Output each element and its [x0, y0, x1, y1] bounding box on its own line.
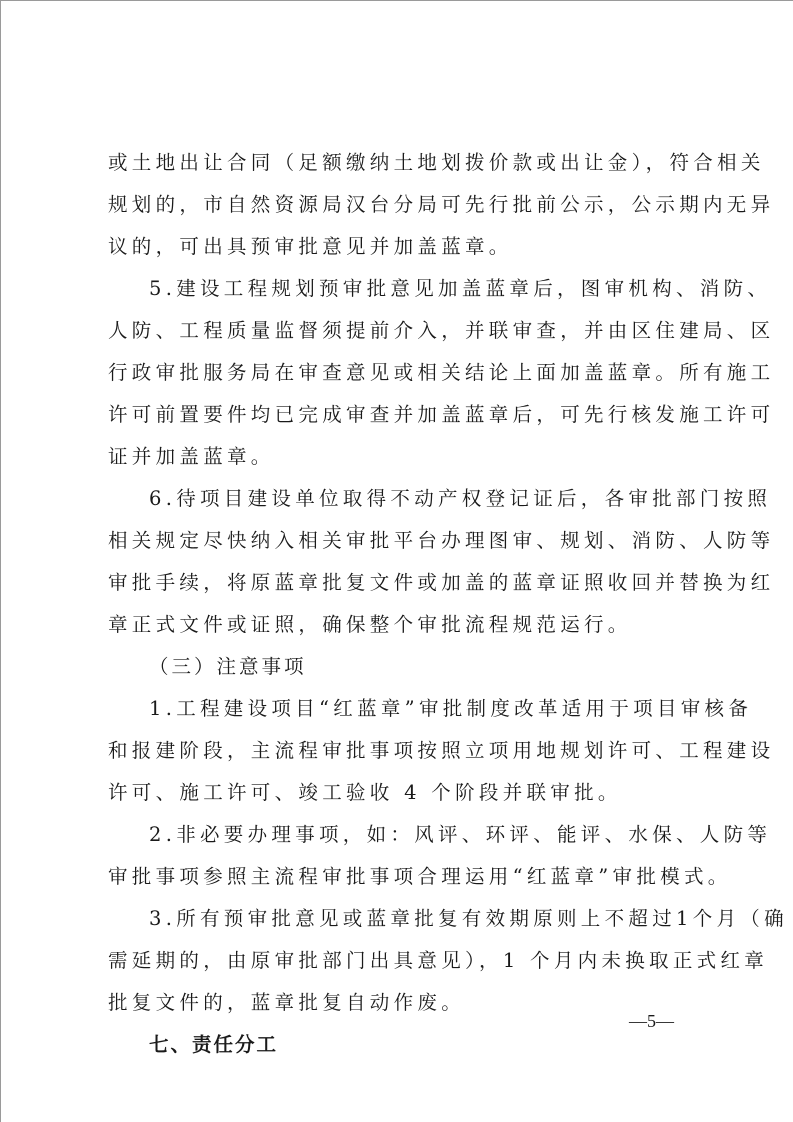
paragraph-line: 批复文件的，蓝章批复自动作废。	[108, 991, 688, 1015]
paragraph-line: 1.工程建设项目“红蓝章”审批制度改革适用于项目审核备	[149, 697, 729, 721]
paragraph-line: 证并加盖蓝章。	[108, 445, 688, 469]
paragraph-line: 相关规定尽快纳入相关审批平台办理图审、规划、消防、人防等	[108, 529, 688, 553]
paragraph-line: 章正式文件或证照，确保整个审批流程规范运行。	[108, 613, 688, 637]
paragraph-line: 和报建阶段，主流程审批事项按照立项用地规划许可、工程建设	[108, 739, 688, 763]
paragraph-line: 规划的，市自然资源局汉台分局可先行批前公示，公示期内无异	[108, 193, 688, 217]
section-subheading: （三）注意事项	[149, 655, 729, 679]
paragraph-line: 人防、工程质量监督须提前介入，并联审查，并由区住建局、区	[108, 319, 688, 343]
paragraph-line: 或土地出让合同（足额缴纳土地划拨价款或出让金），符合相关	[108, 151, 688, 175]
paragraph-line: 6.待项目建设单位取得不动产权登记证后，各审批部门按照	[149, 487, 729, 511]
paragraph-line: 议的，可出具预审批意见并加盖蓝章。	[108, 235, 688, 259]
paragraph-line: 审批事项参照主流程审批事项合理运用“红蓝章”审批模式。	[108, 865, 688, 889]
paragraph-line: 2.非必要办理事项，如：风评、环评、能评、水保、人防等	[149, 823, 729, 847]
paragraph-line: 许可前置要件均已完成审查并加盖蓝章后，可先行核发施工许可	[108, 403, 688, 427]
paragraph-line: 许可、施工许可、竣工验收 4 个阶段并联审批。	[108, 781, 688, 805]
paragraph-line: 审批手续，将原蓝章批复文件或加盖的蓝章证照收回并替换为红	[108, 571, 688, 595]
document-page: 或土地出让合同（足额缴纳土地划拨价款或出让金），符合相关 规划的，市自然资源局汉…	[0, 0, 793, 1122]
section-heading: 七、责任分工	[149, 1033, 729, 1057]
page-number: —5—	[629, 1011, 674, 1032]
paragraph-line: 需延期的，由原审批部门出具意见），1 个月内未换取正式红章	[108, 949, 688, 973]
paragraph-line: 5.建设工程规划预审批意见加盖蓝章后，图审机构、消防、	[149, 277, 729, 301]
paragraph-line: 行政审批服务局在审查意见或相关结论上面加盖蓝章。所有施工	[108, 361, 688, 385]
paragraph-line: 3.所有预审批意见或蓝章批复有效期原则上不超过1个月（确	[149, 907, 729, 931]
